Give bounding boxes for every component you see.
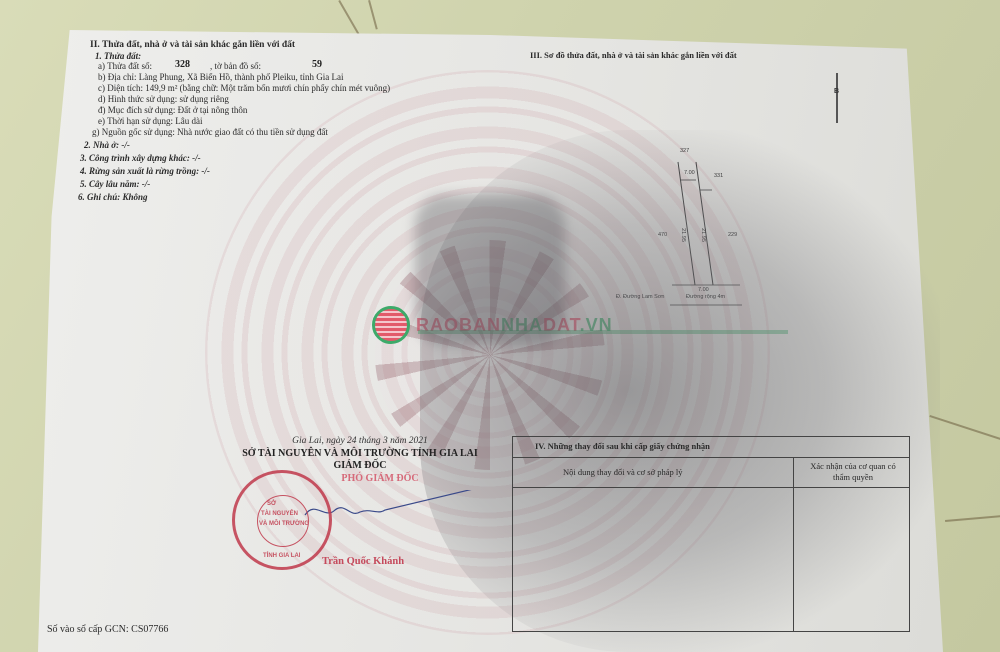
map-label: , tờ bản đồ số: <box>210 61 261 71</box>
column-change-content: Nội dung thay đổi và cơ sở pháp lý <box>563 467 682 477</box>
section4-title: IV. Những thay đổi sau khi cấp giấy chứn… <box>535 441 710 451</box>
usage-purpose-field: đ) Mục đích sử dụng: Đất ở tại nông thôn <box>98 105 247 115</box>
signer-title: GIÁM ĐỐC <box>200 460 520 471</box>
changes-table: IV. Những thay đổi sau khi cấp giấy chứn… <box>512 436 910 632</box>
section2-title: II. Thửa đất, nhà ở và tài sản khác gắn … <box>90 40 295 50</box>
address-field: b) Địa chỉ: Làng Phung, Xã Biển Hồ, thàn… <box>98 72 343 82</box>
parcel-number: 328 <box>175 59 190 70</box>
column-authority-confirmation: Xác nhận của cơ quan có thẩm quyền <box>801 461 905 483</box>
north-label: B <box>834 88 839 95</box>
place-date: Gia Lai, ngày 24 tháng 3 năm 2021 <box>200 436 520 446</box>
usage-form-field: d) Hình thức sử dụng: sử dụng riêng <box>98 94 229 104</box>
section3-title: III. Sơ đồ thửa đất, nhà ở và tài sản kh… <box>530 50 737 60</box>
photo-shadow-core <box>415 195 565 345</box>
origin-field: g) Nguồn gốc sử dụng: Nhà nước giao đất … <box>92 127 328 137</box>
parcel-label: a) Thửa đất số: <box>98 61 152 71</box>
item-house: 2. Nhà ở: -/- <box>84 140 130 150</box>
issuing-agency: SỞ TÀI NGUYÊN VÀ MÔI TRƯỜNG TỈNH GIA LAI <box>200 448 520 459</box>
registry-number: Số vào sổ cấp GCN: CS07766 <box>47 624 168 635</box>
watermark-logo-icon <box>372 306 410 344</box>
item-other-construction: 3. Công trình xây dựng khác: -/- <box>80 153 201 163</box>
item-notes: 6. Ghi chú: Không <box>78 192 148 202</box>
signer-name: Trần Quốc Khánh <box>322 556 404 567</box>
item-perennial-trees: 5. Cây lâu năm: -/- <box>80 179 150 189</box>
map-number: 59 <box>312 59 322 70</box>
north-arrow-icon <box>836 73 838 123</box>
official-stamp: SỞ TÀI NGUYÊN VÀ MÔI TRƯỜNG TỈNH GIA LAI <box>232 470 332 570</box>
stamp-province: TỈNH GIA LAI <box>263 553 300 559</box>
usage-term-field: e) Thời hạn sử dụng: Lâu dài <box>98 116 202 126</box>
land-heading: 1. Thửa đất: <box>95 51 141 61</box>
signature-block: Gia Lai, ngày 24 tháng 3 năm 2021 SỞ TÀI… <box>200 436 520 484</box>
area-field: c) Diện tích: 149,9 m² (bằng chữ: Một tr… <box>98 83 390 93</box>
item-production-forest: 4. Rừng sản xuất là rừng trồng: -/- <box>80 166 210 176</box>
